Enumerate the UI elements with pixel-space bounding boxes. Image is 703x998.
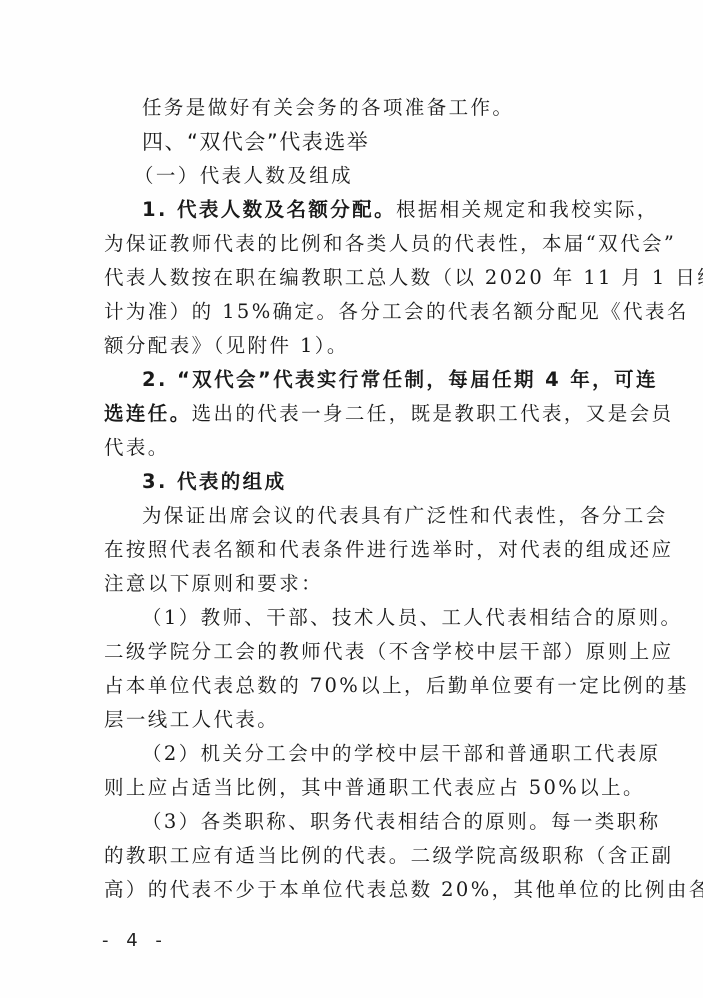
paragraph-line: 代表人数按在职在编教职工总人数（以 2020 年 11 月 1 日统 bbox=[104, 264, 604, 292]
section-heading: 四、“双代会”代表选举 bbox=[142, 128, 604, 156]
paragraph-line: 计为准）的 15%确定。各分工会的代表名额分配见《代表名 bbox=[104, 298, 604, 326]
paragraph-line: 高）的代表不少于本单位代表总数 20%，其他单位的比例由各 bbox=[104, 876, 604, 904]
document-page: 任务是做好有关会务的各项准备工作。 四、“双代会”代表选举 （一）代表人数及组成… bbox=[0, 0, 703, 998]
paragraph-line: 层一线工人代表。 bbox=[104, 706, 604, 734]
paragraph-line: 1. 代表人数及名额分配。根据相关规定和我校实际， bbox=[142, 196, 604, 224]
paragraph-line: 在按照代表名额和代表条件进行选举时，对代表的组成还应 bbox=[104, 536, 604, 564]
paragraph-line: （1）教师、干部、技术人员、工人代表相结合的原则。 bbox=[142, 604, 604, 632]
item-title: 选连任。 bbox=[104, 402, 192, 425]
paragraph-line: 额分配表》（见附件 1）。 bbox=[104, 332, 604, 360]
item-title: 2. “双代会”代表实行常任制，每届任期 4 年，可连 bbox=[142, 366, 604, 394]
page-number: - 4 - bbox=[102, 930, 168, 951]
paragraph-line: 任务是做好有关会务的各项准备工作。 bbox=[142, 94, 604, 122]
paragraph-line: 为保证出席会议的代表具有广泛性和代表性，各分工会 bbox=[142, 502, 604, 530]
paragraph-line: 选连任。选出的代表一身二任，既是教职工代表，又是会员 bbox=[104, 400, 604, 428]
item-title: 1. 代表人数及名额分配。 bbox=[142, 198, 396, 221]
item-text: 根据相关规定和我校实际， bbox=[396, 198, 659, 221]
paragraph-line: 的教职工应有适当比例的代表。二级学院高级职称（含正副 bbox=[104, 842, 604, 870]
paragraph-line: 注意以下原则和要求： bbox=[104, 570, 604, 598]
paragraph-line: 占本单位代表总数的 70%以上，后勤单位要有一定比例的基 bbox=[104, 672, 604, 700]
paragraph-line: 则上应占适当比例，其中普通职工代表应占 50%以上。 bbox=[104, 774, 604, 802]
paragraph-line: 二级学院分工会的教师代表（不含学校中层干部）原则上应 bbox=[104, 638, 604, 666]
item-text: 选出的代表一身二任，既是教职工代表，又是会员 bbox=[192, 402, 674, 425]
item-title: 3. 代表的组成 bbox=[142, 468, 604, 496]
paragraph-line: 为保证教师代表的比例和各类人员的代表性，本届“双代会” bbox=[104, 230, 604, 258]
paragraph-line: （2）机关分工会中的学校中层干部和普通职工代表原 bbox=[142, 740, 604, 768]
subsection-heading: （一）代表人数及组成 bbox=[134, 162, 634, 190]
paragraph-line: 代表。 bbox=[104, 434, 604, 462]
paragraph-line: （3）各类职称、职务代表相结合的原则。每一类职称 bbox=[142, 808, 604, 836]
